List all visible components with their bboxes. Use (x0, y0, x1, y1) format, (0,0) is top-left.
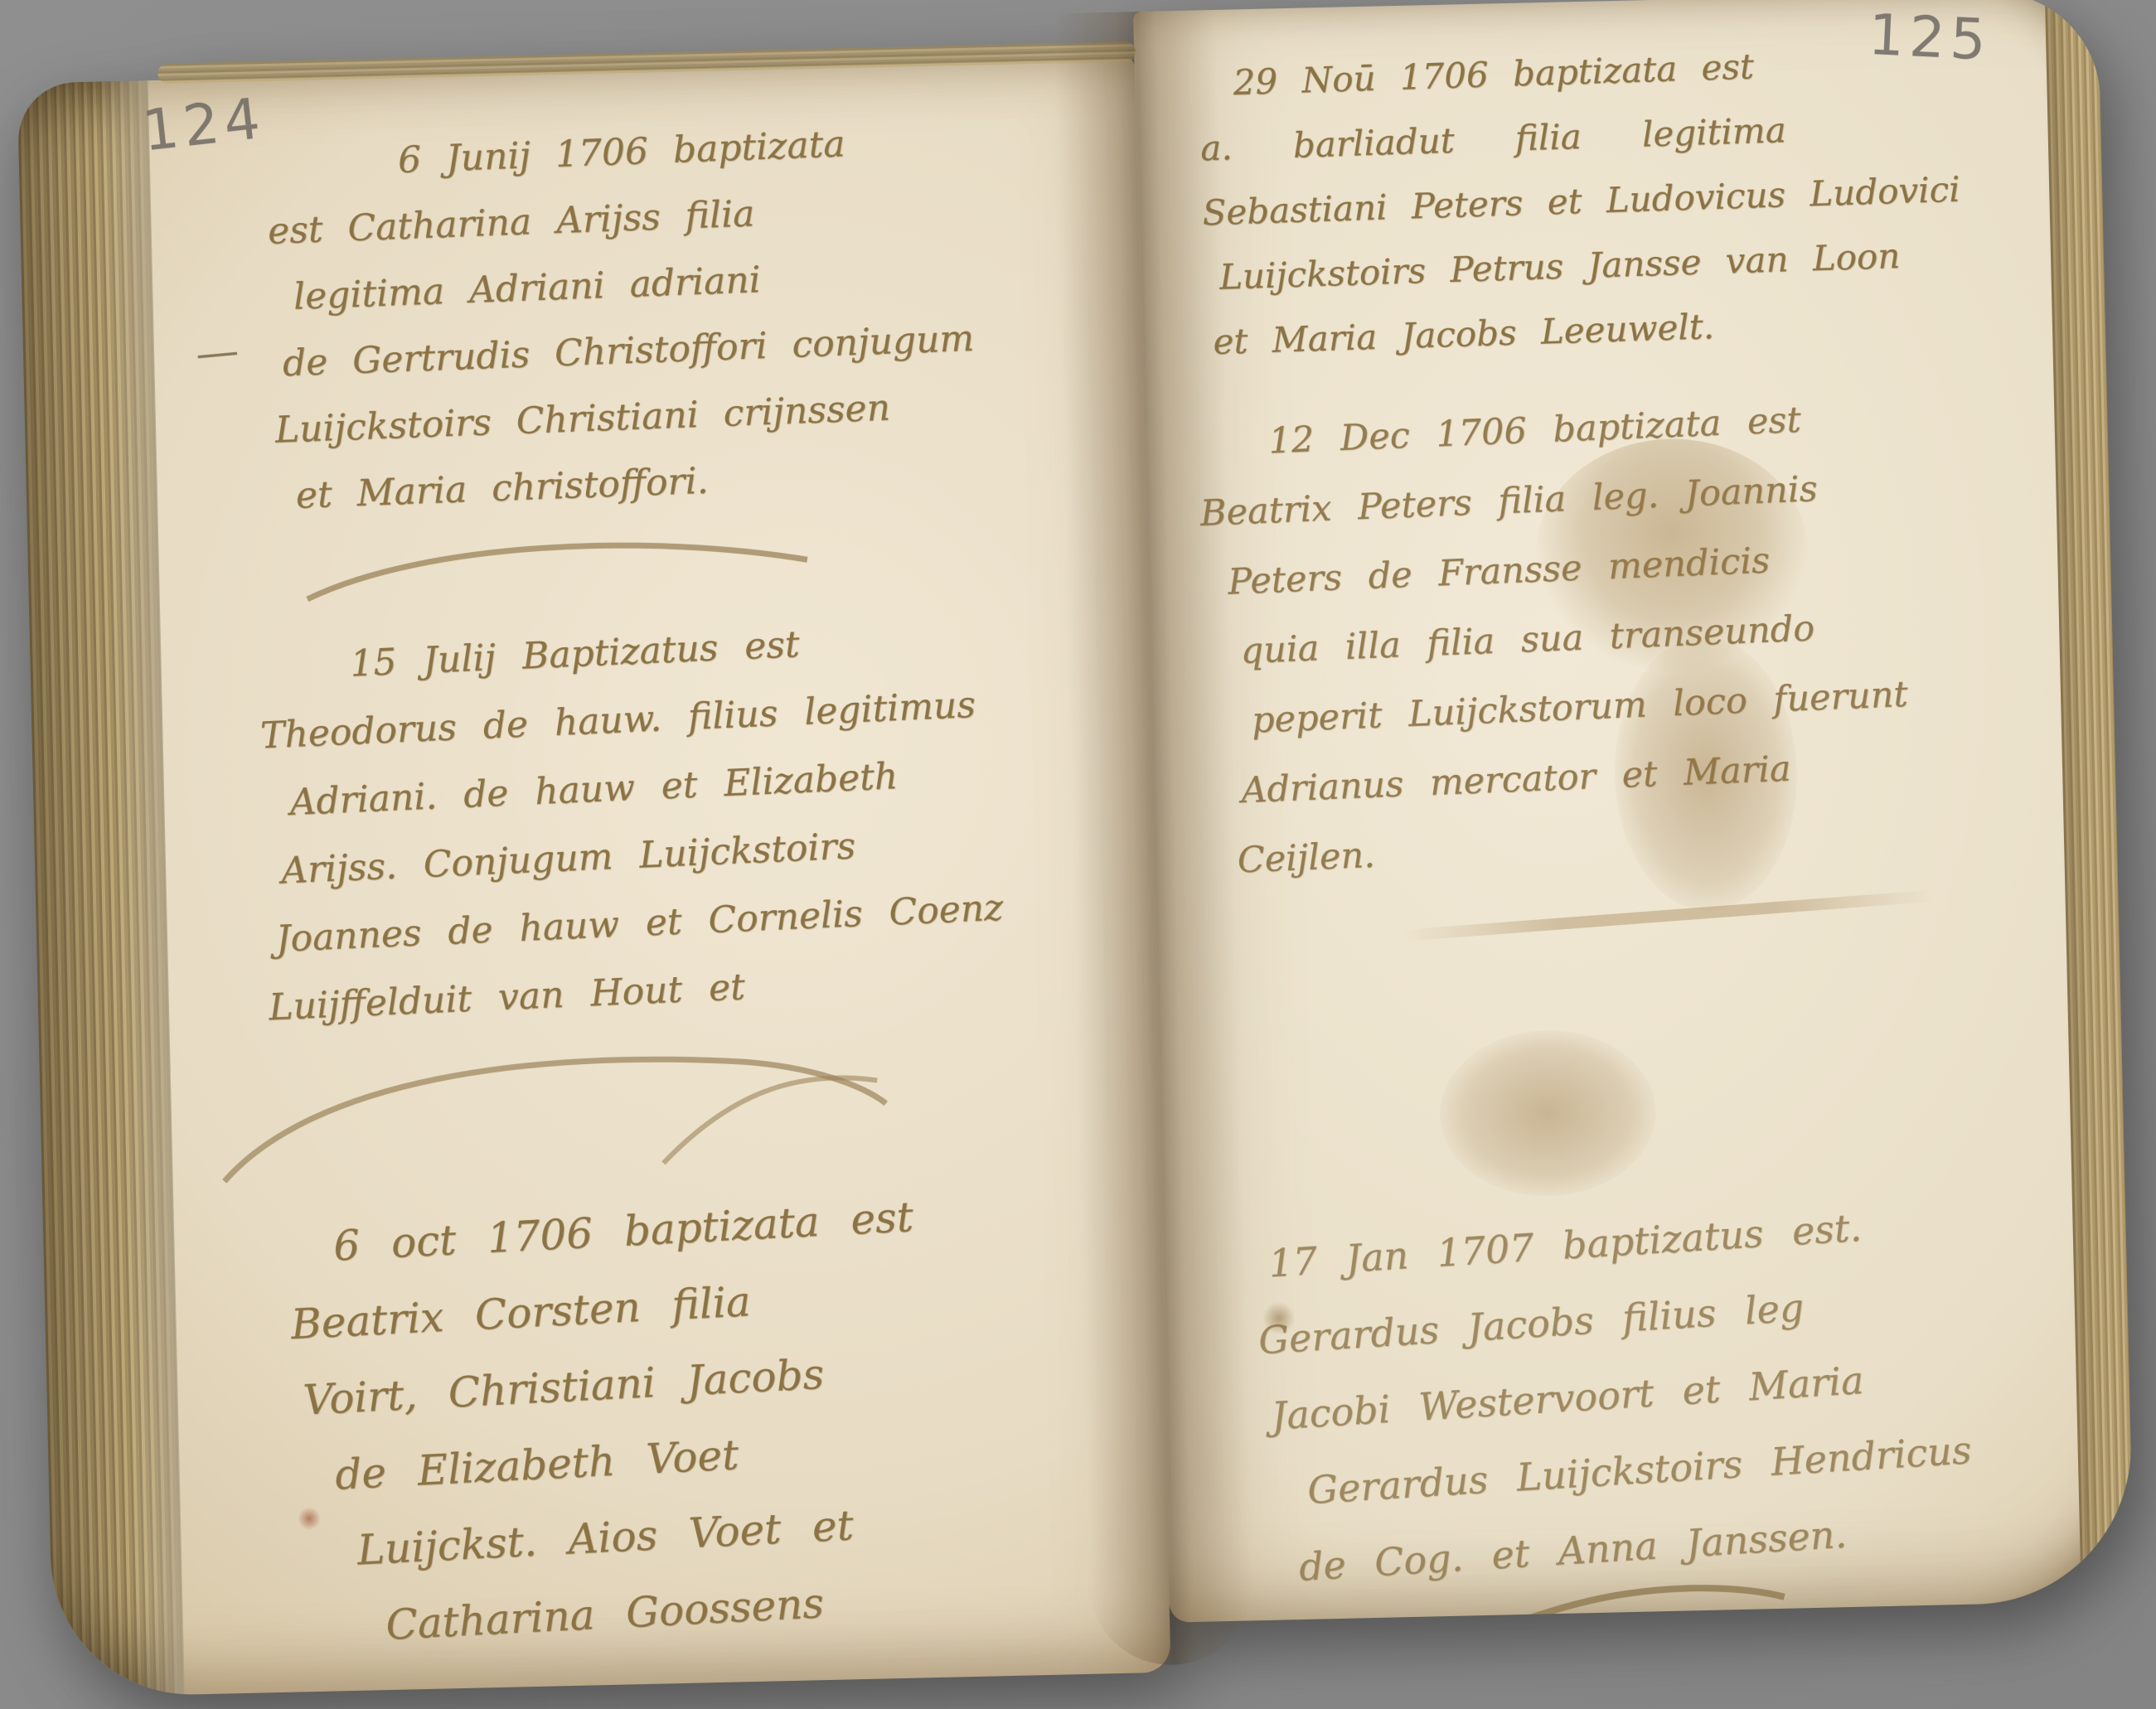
baptism-entry: 12 Dec 1706 baptizata est Beatrix Peters… (1196, 381, 1915, 896)
right-page: 125 29 Noū 1706 baptizata est a. barliad… (1133, 0, 2134, 1623)
ink-stain (1438, 1028, 1657, 1198)
left-page: 124 — 6 Junij 1706 baptizata est Cathari… (17, 58, 1171, 1697)
page-number-left: 124 (139, 86, 269, 165)
flourish (301, 526, 816, 612)
baptism-entry: 29 Noū 1706 baptizata est a. barliadut f… (1197, 28, 1965, 375)
baptism-entry: 6 Junij 1706 baptizata est Catharina Ari… (264, 107, 981, 530)
baptism-entry: 6 oct 1706 baptizata est Beatrix Corsten… (285, 1179, 934, 1668)
margin-dash: — (193, 326, 240, 380)
page-stack-edge-right (2045, 0, 2134, 1602)
open-book: 124 — 6 Junij 1706 baptizata est Cathari… (16, 0, 2135, 1709)
flourish (213, 1034, 896, 1198)
ink-smear (1403, 890, 1932, 942)
baptism-entry: 15 Julij Baptizatus est Theodorus de hau… (250, 603, 1008, 1043)
page-stack-edge-left (17, 80, 185, 1697)
photo-stage: 124 — 6 Junij 1706 baptizata est Cathari… (0, 0, 2156, 1709)
baptism-entry: 17 Jan 1707 baptizatus est. Gerardus Jac… (1245, 1184, 1979, 1608)
